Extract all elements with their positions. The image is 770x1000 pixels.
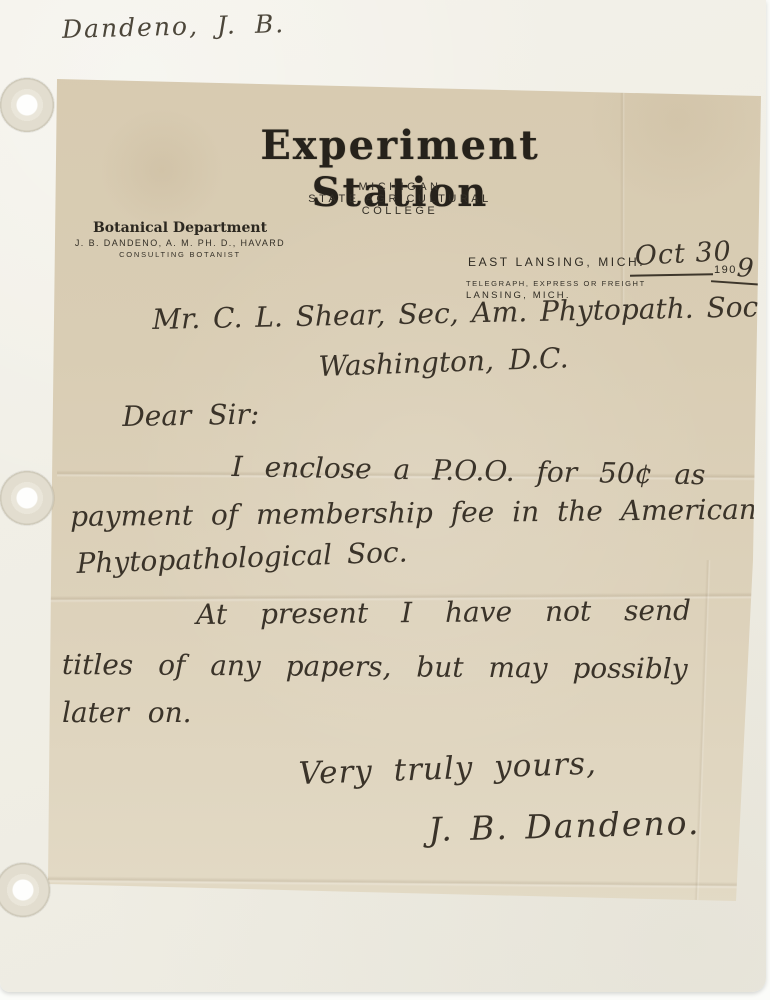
body-line: later on.	[62, 696, 192, 729]
recipient-line: Mr. C. L. Shear, Sec, Am. Phytopath. Soc…	[152, 290, 767, 336]
fold-crease	[620, 80, 625, 310]
body-line: At present I have not send	[196, 594, 691, 631]
place-printed: EAST LANSING, MICH.	[468, 255, 645, 269]
shipping-line: TELEGRAPH, EXPRESS OR FREIGHT	[466, 279, 646, 288]
recipient-city: Washington, D.C.	[318, 341, 569, 383]
institution-line: MICHIGAN	[250, 181, 550, 193]
date-rule-line	[630, 273, 713, 276]
body-line: titles of any papers, but may possibly	[62, 648, 688, 685]
institution-line: COLLEGE	[250, 205, 550, 217]
department-name: Botanical Department	[55, 220, 305, 236]
body-line: I enclose a P.O.O. for 50¢ as	[231, 450, 705, 491]
punch-hole-icon	[0, 77, 55, 133]
fold-crease	[694, 560, 711, 900]
institution-line: STATE AGRICULTURAL	[250, 193, 550, 205]
closing-line: Very truly yours,	[298, 746, 597, 792]
salutation: Dear Sir:	[122, 398, 260, 433]
year-printed-prefix: 190	[714, 264, 737, 276]
department-block: Botanical Department J. B. DANDENO, A. M…	[55, 220, 305, 259]
body-line: payment of membership fee in the America…	[70, 493, 757, 533]
signature: J. B. Dandeno.	[428, 803, 701, 849]
department-person: J. B. DANDENO, A. M. PH. D., HAVARD	[55, 238, 305, 248]
punch-hole-icon	[0, 470, 55, 526]
letter-sheet: Experiment Station MICHIGAN STATE AGRICU…	[0, 0, 770, 1000]
body-line: Phytopathological Soc.	[76, 535, 408, 580]
handwritten-year-digit: 9	[736, 253, 755, 284]
department-role: CONSULTING BOTANIST	[55, 250, 305, 259]
filing-annotation: Dandeno, J. B.	[62, 9, 286, 44]
